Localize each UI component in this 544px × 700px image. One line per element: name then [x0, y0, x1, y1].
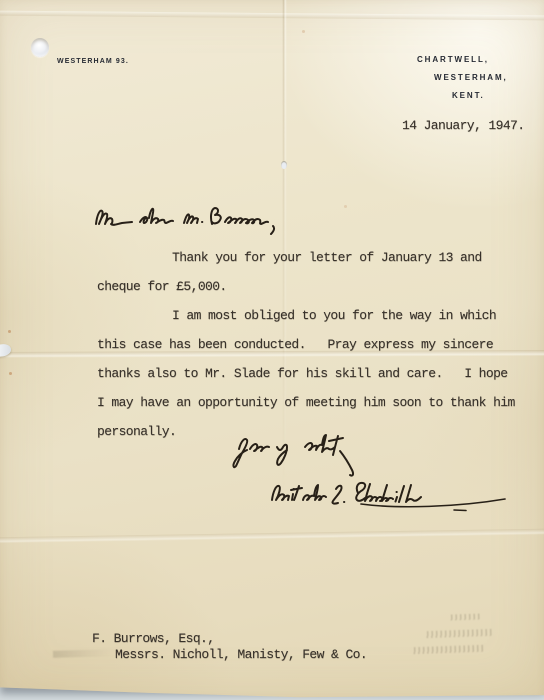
- horizontal-fold-crease-lower: [0, 529, 544, 544]
- body-line: I may have an opportunity of meeting him…: [97, 388, 537, 417]
- foxing-speck: [344, 205, 347, 208]
- letterhead-town: WESTERHAM,: [434, 73, 508, 82]
- body-line: this case has been conducted. Pray expre…: [97, 330, 537, 359]
- letter-paper: WESTERHAM 93. CHARTWELL, WESTERHAM, KENT…: [0, 0, 544, 700]
- photo-backdrop: WESTERHAM 93. CHARTWELL, WESTERHAM, KENT…: [0, 0, 544, 700]
- recipient-block: F. Burrows, Esq., Messrs. Nicholl, Manis…: [92, 631, 367, 662]
- letter-date: 14 January, 1947.: [402, 118, 524, 133]
- salutation-handwriting: [90, 197, 290, 241]
- faint-pencil-marks: [413, 645, 483, 654]
- body-line: cheque for £5,000.: [97, 272, 537, 301]
- recipient-firm: Messrs. Nicholl, Manisty, Few & Co.: [115, 647, 367, 663]
- recipient-name: F. Burrows, Esq.,: [92, 631, 367, 647]
- foxing-speck: [9, 372, 12, 375]
- letterhead-house: CHARTWELL,: [417, 55, 489, 64]
- letter-body: Thank you for your letter of January 13 …: [97, 243, 537, 446]
- body-line: I am most obliged to you for the way in …: [97, 301, 537, 330]
- top-fold-crease: [0, 11, 544, 21]
- signature-handwriting: [258, 472, 508, 516]
- crease-pinhole: [281, 161, 287, 169]
- foxing-speck: [8, 330, 11, 333]
- body-line: Thank you for your letter of January 13 …: [97, 243, 537, 272]
- letterhead-phone: WESTERHAM 93.: [57, 58, 129, 65]
- letterhead-county: KENT.: [452, 91, 485, 100]
- foxing-speck: [302, 30, 305, 33]
- faint-pencil-marks: [450, 613, 482, 620]
- faint-pencil-marks: [426, 629, 492, 638]
- body-line: thanks also to Mr. Slade for his skill a…: [97, 359, 537, 388]
- punch-hole: [31, 38, 49, 57]
